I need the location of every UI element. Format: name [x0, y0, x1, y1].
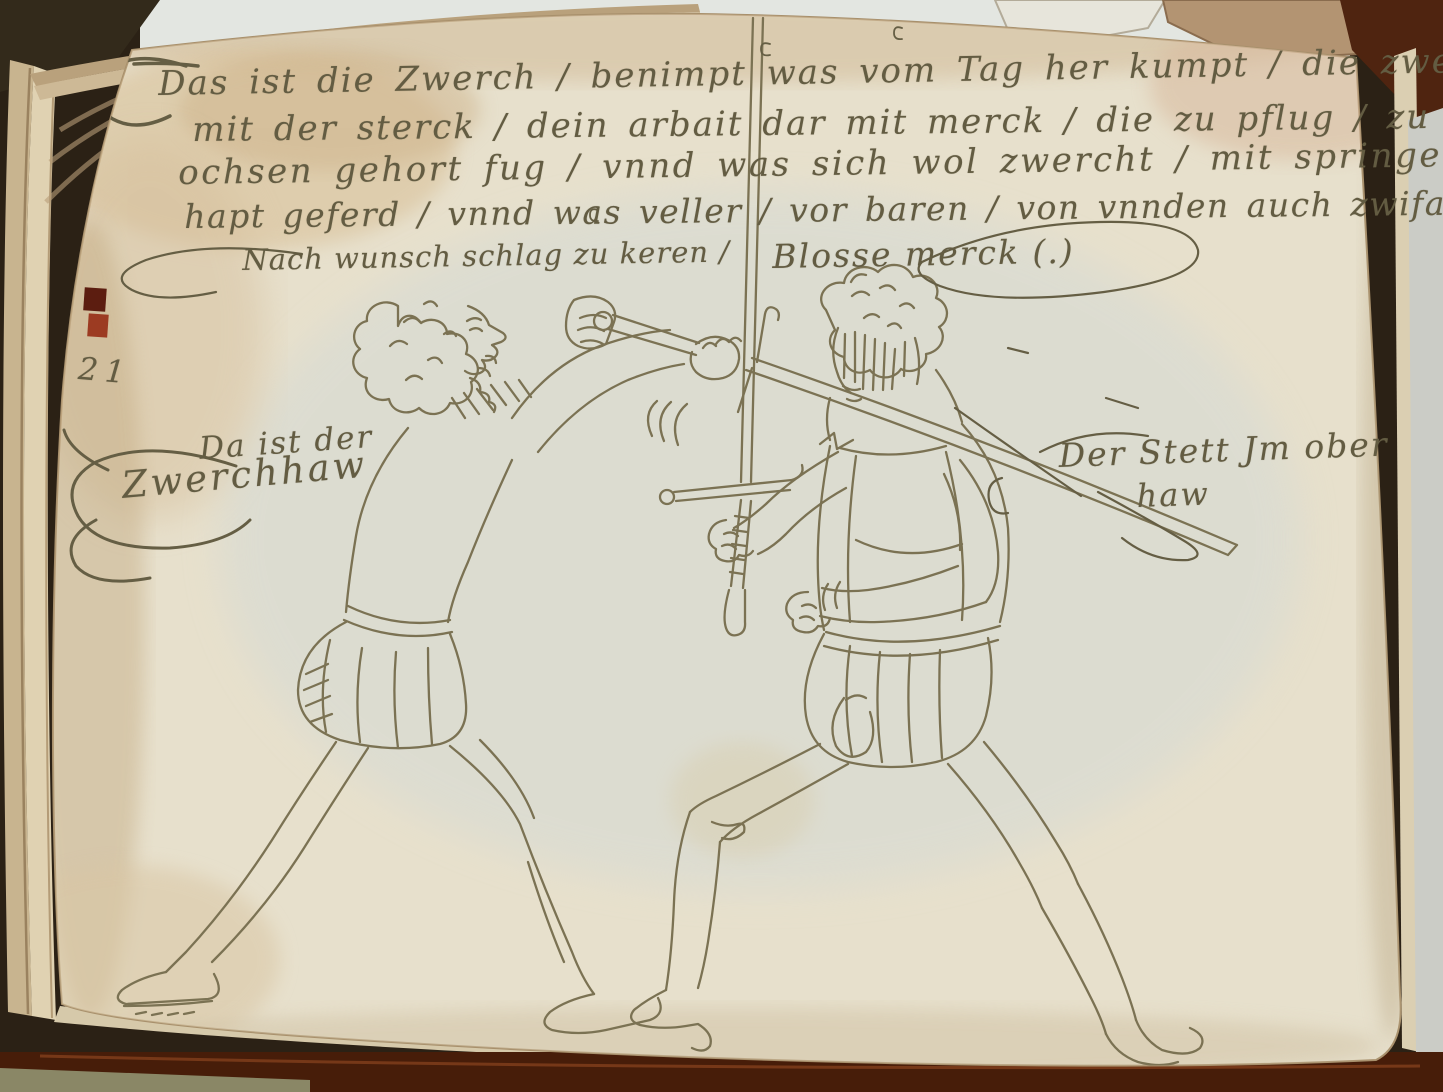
caption-right-line-2: haw	[1136, 474, 1210, 515]
manuscript-photo: Das ist die Zwerch / benimpt was vom Tag…	[0, 0, 1443, 1092]
verse-line-5-right: Blosse merck (.)	[772, 232, 1075, 276]
folio-number: 21	[77, 351, 133, 392]
